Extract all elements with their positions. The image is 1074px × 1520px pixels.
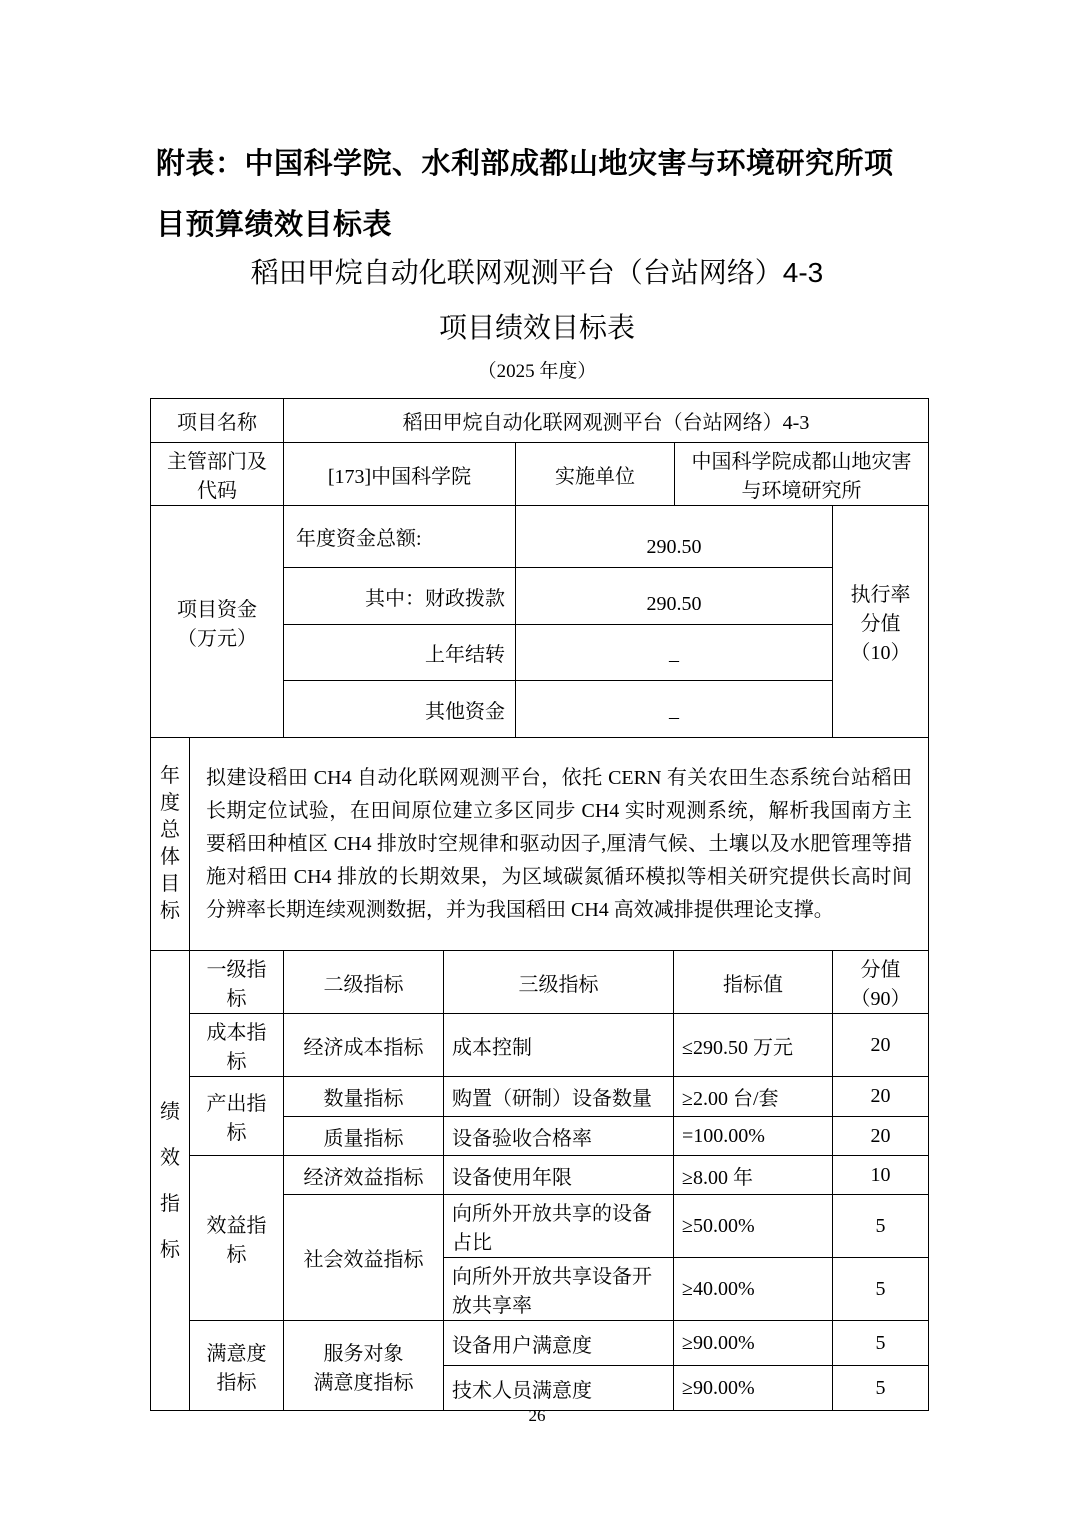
score-service-life-cell: 10	[833, 1156, 929, 1195]
score-equipment-quantity-cell: 20	[833, 1077, 929, 1117]
performance-table-title: 项目绩效目标表	[0, 306, 1074, 346]
score-user-satisfaction-cell: 5	[833, 1321, 929, 1366]
l3-acceptance-rate-cell: 设备验收合格率	[444, 1117, 674, 1156]
header-level3-cell: 三级指标	[444, 951, 674, 1014]
score-tech-satisfaction-cell: 5	[833, 1366, 929, 1411]
implement-unit-value-cell: 中国科学院成都山地灾害 与环境研究所	[675, 443, 929, 506]
fund-other-value-cell: –	[516, 681, 833, 738]
value-cost-control-cell: ≤290.50 万元	[674, 1014, 833, 1077]
indicator-side-label: 绩效指标	[159, 1089, 181, 1273]
header-value-cell: 指标值	[674, 951, 833, 1014]
info-table: 项目名称 稻田甲烷自动化联网观测平台（台站网络）4-3 主管部门及 代码 [17…	[150, 398, 929, 506]
value-tech-satisfaction-cell: ≥90.00%	[674, 1366, 833, 1411]
fund-total-label-cell: 年度资金总额:	[284, 506, 516, 568]
indicator-header-row: 绩效指标 一级指 标 二级指标 三级指标 指标值 分值 （90）	[151, 951, 929, 1014]
fund-other-label-cell: 其他资金	[284, 681, 516, 738]
l3-equipment-quantity-cell: 购置（研制）设备数量	[444, 1077, 674, 1117]
group-output-cell: 产出指 标	[190, 1077, 284, 1156]
fund-fiscal-value-cell: 290.50	[516, 568, 833, 625]
project-name-row: 项目名称 稻田甲烷自动化联网观测平台（台站网络）4-3	[151, 399, 929, 443]
funds-section-label-cell: 项目资金 （万元）	[151, 506, 284, 738]
sub-service-satisfaction-cell: 服务对象 满意度指标	[284, 1321, 444, 1411]
l3-open-share-rate-cell: 向所外开放共享设备开 放共享率	[444, 1258, 674, 1321]
annual-goal-row: 年度总体目标 拟建设稻田 CH4 自动化联网观测平台，依托 CERN 有关农田生…	[151, 738, 929, 951]
l3-cost-control-cell: 成本控制	[444, 1014, 674, 1077]
group-benefit-cell: 效益指 标	[190, 1156, 284, 1321]
value-user-satisfaction-cell: ≥90.00%	[674, 1321, 833, 1366]
indicator-row-cost-control: 成本指 标 经济成本指标 成本控制 ≤290.50 万元 20	[151, 1014, 929, 1077]
value-acceptance-rate-cell: =100.00%	[674, 1117, 833, 1156]
header-level2-cell: 二级指标	[284, 951, 444, 1014]
annual-goal-text-cell: 拟建设稻田 CH4 自动化联网观测平台，依托 CERN 有关农田生态系统台站稻田…	[190, 738, 929, 951]
main-table: 项目名称 稻田甲烷自动化联网观测平台（台站网络）4-3 主管部门及 代码 [17…	[150, 398, 928, 1411]
l3-service-life-cell: 设备使用年限	[444, 1156, 674, 1195]
group-satisfaction-cell: 满意度 指标	[190, 1321, 284, 1411]
annual-goal-side-label: 年度总体目标	[159, 763, 181, 925]
fund-fiscal-label-cell: 其中：财政拨款	[284, 568, 516, 625]
indicator-side-label-cell: 绩效指标	[151, 951, 190, 1411]
l3-user-satisfaction-cell: 设备用户满意度	[444, 1321, 674, 1366]
department-label-cell: 主管部门及 代码	[151, 443, 284, 506]
sub-quality-cell: 质量指标	[284, 1117, 444, 1156]
sub-economic-benefit-cell: 经济效益指标	[284, 1156, 444, 1195]
page-number: 26	[0, 1406, 1074, 1426]
value-service-life-cell: ≥8.00 年	[674, 1156, 833, 1195]
score-open-share-rate-cell: 5	[833, 1258, 929, 1321]
sub-quantity-cell: 数量指标	[284, 1077, 444, 1117]
fund-total-value-cell: 290.50	[516, 506, 833, 568]
score-open-share-ratio-cell: 5	[833, 1195, 929, 1258]
value-open-share-ratio-cell: ≥50.00%	[674, 1195, 833, 1258]
execution-score-cell: 执行率 分值 （10）	[833, 506, 929, 738]
l3-open-share-ratio-cell: 向所外开放共享的设备 占比	[444, 1195, 674, 1258]
indicator-row-quantity: 产出指 标 数量指标 购置（研制）设备数量 ≥2.00 台/套 20	[151, 1077, 929, 1117]
project-name-value-cell: 稻田甲烷自动化联网观测平台（台站网络）4-3	[284, 399, 929, 443]
indicator-row-user-satisfaction: 满意度 指标 服务对象 满意度指标 设备用户满意度 ≥90.00% 5	[151, 1321, 929, 1366]
value-equipment-quantity-cell: ≥2.00 台/套	[674, 1077, 833, 1117]
annual-goal-table: 年度总体目标 拟建设稻田 CH4 自动化联网观测平台，依托 CERN 有关农田生…	[150, 737, 929, 951]
l3-tech-satisfaction-cell: 技术人员满意度	[444, 1366, 674, 1411]
department-row: 主管部门及 代码 [173]中国科学院 实施单位 中国科学院成都山地灾害 与环境…	[151, 443, 929, 506]
indicator-table: 绩效指标 一级指 标 二级指标 三级指标 指标值 分值 （90） 成本指 标 经…	[150, 950, 929, 1411]
fund-row-total: 项目资金 （万元） 年度资金总额: 290.50 执行率 分值 （10）	[151, 506, 929, 568]
sub-social-benefit-cell: 社会效益指标	[284, 1195, 444, 1321]
fund-carryover-label-cell: 上年结转	[284, 625, 516, 681]
header-level1-cell: 一级指 标	[190, 951, 284, 1014]
funds-table: 项目资金 （万元） 年度资金总额: 290.50 执行率 分值 （10） 其中：…	[150, 505, 929, 738]
document-page: 附表：中国科学院、水利部成都山地灾害与环境研究所项 目预算绩效目标表 稻田甲烷自…	[0, 0, 1074, 1520]
indicator-row-economic-benefit: 效益指 标 经济效益指标 设备使用年限 ≥8.00 年 10	[151, 1156, 929, 1195]
score-acceptance-rate-cell: 20	[833, 1117, 929, 1156]
department-value-cell: [173]中国科学院	[284, 443, 516, 506]
header-score-cell: 分值 （90）	[833, 951, 929, 1014]
fund-carryover-value-cell: –	[516, 625, 833, 681]
annual-goal-side-label-cell: 年度总体目标	[151, 738, 190, 951]
project-title: 稻田甲烷自动化联网观测平台（台站网络）4-3	[0, 251, 1074, 291]
implement-unit-label-cell: 实施单位	[516, 443, 675, 506]
value-open-share-rate-cell: ≥40.00%	[674, 1258, 833, 1321]
attachment-title: 附表：中国科学院、水利部成都山地灾害与环境研究所项 目预算绩效目标表	[156, 134, 936, 256]
score-cost-control-cell: 20	[833, 1014, 929, 1077]
group-cost-cell: 成本指 标	[190, 1014, 284, 1077]
year-label: （2025 年度）	[0, 356, 1074, 383]
sub-economic-cost-cell: 经济成本指标	[284, 1014, 444, 1077]
project-name-label-cell: 项目名称	[151, 399, 284, 443]
